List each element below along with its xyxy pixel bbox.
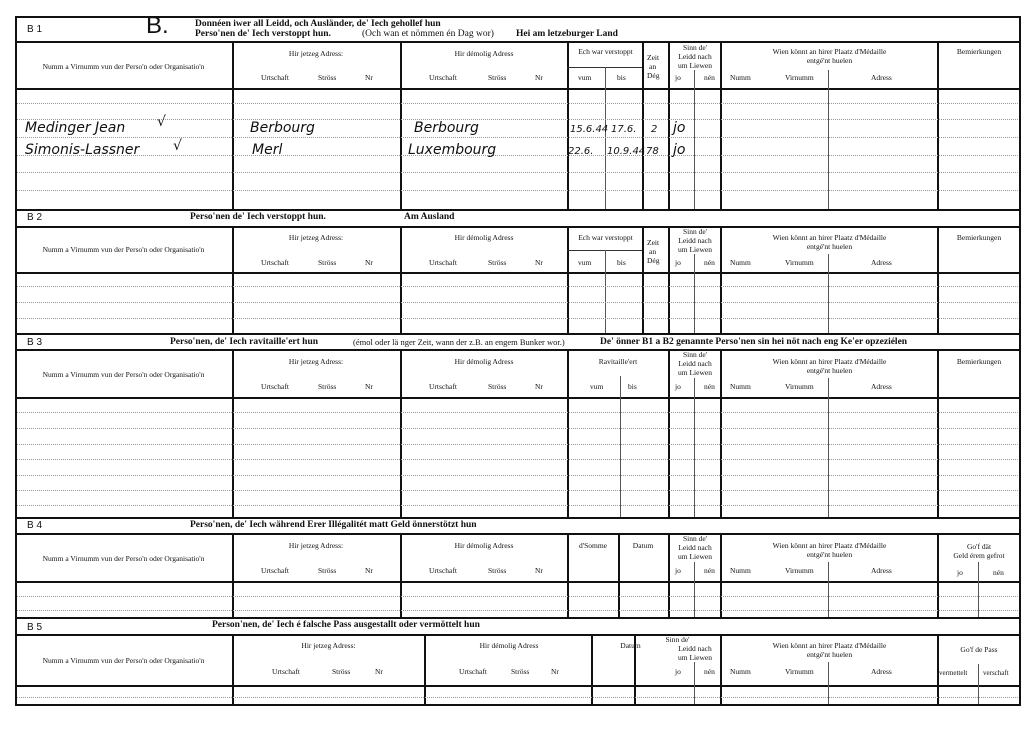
col-stross: Ströss [318,382,336,391]
divider [15,581,1020,583]
col-bemierkungen: Bemierkungen [938,357,1020,366]
col-numm: Numm [730,258,751,267]
col-date-header: Datum [618,541,668,550]
entry-former-town: Luxembourg [408,142,496,158]
entry-former-town: Berbourg [414,120,479,136]
col-vermettelt: vermettelt [939,669,967,678]
col-current-address-header: Hir jetzeg Adress: [232,641,425,650]
section-title-instruction: De' önner B1 a B2 genannte Perso'nen sin… [600,337,907,347]
section-divider [15,209,1020,211]
col-stross: Ströss [488,566,506,575]
col-urtschaft: Urtschaft [429,382,457,391]
col-stross: Ströss [332,667,350,676]
col-divider [668,226,670,333]
col-divider [591,634,593,704]
col-sinn: Leidd nach [669,359,721,368]
col-medal: Wien könnt an hirer Plaatz d'Médaille [721,541,938,550]
frame-bottom [15,704,1020,706]
col-adress: Adress [871,382,892,391]
col-verschaft: verschaft [983,669,1009,678]
col-divider [605,67,606,209]
col-divider [642,226,644,333]
entry-name: Simonis-Lassner [25,142,139,158]
section-title-region: Am Ausland [404,212,454,222]
col-former-address-header: Hir démolig Adress [400,541,568,550]
entry-survived: jo [673,142,685,158]
col-urtschaft: Urtschaft [429,73,457,82]
section-title-note: (émol oder lä nger Zeit, wann der z.B. a… [353,337,565,347]
col-current-address-header: Hir jetzeg Adress: [232,233,400,242]
row-line [17,610,1018,611]
section-code: B 1 [27,24,42,35]
section-title: Perso'nen, de' Iech ravitaille'ert hun [170,337,318,347]
col-divider [937,634,939,704]
col-nr: Nr [365,566,373,575]
col-sinn: um Liewen [669,245,721,254]
col-bemierkungen: Bemierkungen [938,47,1020,56]
col-current-address-header: Hir jetzeg Adress: [232,357,400,366]
col-jo: jo [675,667,681,676]
entry-name: Medinger Jean [25,120,125,136]
row-line [17,302,1018,303]
col-sinn: um Liewen [669,653,721,662]
col-former-address-header: Hir démolig Adress [400,357,568,366]
col-sinn: Sinn de' [669,534,721,543]
col-virnumm: Virnumm [785,667,814,676]
col-divider [567,349,569,517]
col-supplied-header: Ravitaille'ert [568,357,668,366]
row-line [17,475,1018,476]
col-virnumm: Virnumm [785,258,814,267]
col-name-header: Numm a Virnumm vun der Perso'n oder Orga… [15,656,232,665]
col-divider [400,226,402,333]
col-nr: Nr [365,258,373,267]
col-nen: nén [704,667,715,676]
divider [15,41,1020,43]
col-zeit: an [649,62,656,71]
col-sinn: Leidd nach [669,543,721,552]
section-title-note: (Och wan et nömmen én Dag wor) [362,29,494,39]
col-name-header: Numm a Virnumm vun der Perso'n oder Orga… [15,245,232,254]
col-jo: jo [675,73,681,82]
col-stross: Ströss [488,382,506,391]
col-nr: Nr [535,258,543,267]
col-divider [567,533,569,617]
col-divider [694,562,695,617]
col-sinn: Leidd nach [669,644,721,653]
entry-to: 17.6. [611,124,636,135]
row-line [17,103,1018,104]
divider [15,88,1020,90]
col-name-header: Numm a Virnumm vun der Perso'n oder Orga… [15,62,232,71]
col-divider [720,349,722,517]
col-divider [232,533,234,617]
col-zeit: Dég [647,71,660,80]
section-divider [15,617,1020,619]
col-divider [400,349,402,517]
col-virnumm: Virnumm [785,73,814,82]
col-divider [620,376,621,517]
col-vum: vum [590,382,603,391]
col-divider [400,533,402,617]
col-sinn: um Liewen [669,61,721,70]
col-divider [642,41,644,209]
col-vum: vum [578,73,591,82]
col-sum-header: d'Somme [568,541,618,550]
row-line [17,505,1018,506]
col-divider [232,634,234,704]
col-zeit: Zeit [647,53,659,62]
col-zeit: Zeit [647,238,659,247]
col-divider [937,533,939,617]
col-sinn: um Liewen [669,368,721,377]
col-hidden-header: Ech war verstoppt [568,233,643,242]
col-numm: Numm [730,566,751,575]
col-divider [400,41,402,209]
col-divider [232,226,234,333]
col-nr: Nr [535,382,543,391]
col-divider [978,664,979,704]
col-medal: entgé'nt huelen [721,242,938,251]
col-nen: nén [704,73,715,82]
entry-from: 15.6.44 [570,124,608,135]
col-zeit: an [649,247,656,256]
col-stross: Ströss [488,73,506,82]
col-divider [634,634,636,704]
divider [15,272,1020,274]
row-line [17,190,1018,191]
col-divider [424,634,426,704]
row-line [17,490,1018,491]
entry-days: 78 [646,146,659,157]
col-pass-header: Go'f de Pass [938,645,1020,654]
col-name-header: Numm a Virnumm vun der Perso'n oder Orga… [15,370,232,379]
divider [15,685,1020,687]
section-divider [15,333,1020,335]
entry-current-town: Merl [252,142,282,158]
col-urtschaft: Urtschaft [261,382,289,391]
col-numm: Numm [730,667,751,676]
col-medal: Wien könnt an hirer Plaatz d'Médaille [721,641,938,650]
col-sinn: Sinn de' [634,635,721,644]
entry-from: 22.6. [568,146,593,157]
col-divider [720,226,722,333]
section-title-line1: Donnéen iwer all Leidd, och Ausländer, d… [195,19,441,29]
row-line [17,697,1018,698]
col-divider [720,41,722,209]
col-nr: Nr [551,667,559,676]
col-name-header: Numm a Virnumm vun der Perso'n oder Orga… [15,554,232,563]
col-nen: nén [993,568,1004,577]
col-divider [828,562,829,617]
row-line [17,459,1018,460]
divider [15,226,1020,228]
row-line [17,444,1018,445]
col-medal: Wien könnt an hirer Plaatz d'Médaille [721,47,938,56]
col-urtschaft: Urtschaft [429,566,457,575]
col-adress: Adress [871,566,892,575]
check-mark-icon: √ [173,138,182,154]
row-line [17,596,1018,597]
col-medal: entgé'nt huelen [721,366,938,375]
divider [15,634,1020,636]
col-divider [668,533,670,617]
col-vum: vum [578,258,591,267]
col-nr: Nr [535,566,543,575]
col-divider [828,378,829,517]
section-code: B 4 [27,520,42,531]
col-medal: Wien könnt an hirer Plaatz d'Médaille [721,233,938,242]
col-medal: entgé'nt huelen [721,650,938,659]
section-title-line2: Perso'nen de' Iech verstoppt hun. [195,29,331,39]
col-stross: Ströss [511,667,529,676]
col-medal: entgé'nt huelen [721,550,938,559]
col-nen: nén [704,258,715,267]
col-sinn: Leidd nach [669,236,721,245]
col-bis: bis [628,382,637,391]
col-former-address-header: Hir démolig Adress [425,641,593,650]
col-jo: jo [675,258,681,267]
col-sinn: Sinn de' [669,350,721,359]
col-stross: Ströss [318,73,336,82]
section-code: B 3 [27,337,42,348]
col-divider [694,254,695,333]
row-line [17,155,1018,156]
col-stross: Ströss [488,258,506,267]
col-divider [605,250,606,333]
col-adress: Adress [871,258,892,267]
col-nr: Nr [365,382,373,391]
col-divider [937,226,939,333]
col-stross: Ströss [318,258,336,267]
col-adress: Adress [871,73,892,82]
col-divider [694,378,695,517]
col-sinn: Sinn de' [669,227,721,236]
col-divider [720,533,722,617]
col-urtschaft: Urtschaft [261,566,289,575]
col-virnumm: Virnumm [785,566,814,575]
col-jo: jo [957,568,963,577]
col-stross: Ströss [318,566,336,575]
col-medal: Wien könnt an hirer Plaatz d'Médaille [721,357,938,366]
col-former-address-header: Hir démolig Adress [400,233,568,242]
entry-survived: jo [673,120,685,136]
row-line [17,119,1018,120]
col-money-returned: Go'f dät [938,542,1020,551]
col-jo: jo [675,566,681,575]
col-divider [668,41,670,209]
divider [15,397,1020,399]
section-title: Person'nen, de' Iech é falsche Pass ausg… [212,620,480,630]
divider [15,533,1020,535]
row-line [17,137,1018,138]
col-divider [720,634,722,704]
col-nen: nén [704,566,715,575]
col-urtschaft: Urtschaft [272,667,300,676]
col-numm: Numm [730,382,751,391]
col-nr: Nr [535,73,543,82]
col-urtschaft: Urtschaft [429,258,457,267]
row-line [17,286,1018,287]
section-divider [15,517,1020,519]
check-mark-icon: √ [157,114,166,130]
col-numm: Numm [730,73,751,82]
section-code: B 5 [27,622,42,633]
section-title: Perso'nen, de' Iech während Erer Illégal… [190,520,477,530]
col-jo: jo [675,382,681,391]
col-urtschaft: Urtschaft [459,667,487,676]
col-divider [978,562,979,617]
col-divider [828,70,829,209]
col-divider [937,349,939,517]
col-divider [668,349,670,517]
section-title: Perso'nen de' Iech verstoppt hun. [190,212,326,222]
col-sinn: Sinn de' [669,43,721,52]
row-line [17,412,1018,413]
col-bis: bis [617,258,626,267]
section-code: B 2 [27,212,42,223]
entry-days: 2 [651,124,657,135]
col-current-address-header: Hir jetzeg Adress: [232,541,400,550]
col-divider [232,41,234,209]
col-current-address-header: Hir jetzeg Adress: [232,49,400,58]
col-money-returned: Geld érem gefrot [938,551,1020,560]
col-zeit: Dég [647,256,660,265]
section-title-region: Hei am letzeburger Land [516,29,618,39]
col-hidden-header: Ech war verstoppt [568,47,643,56]
col-divider [232,349,234,517]
col-divider [618,533,620,617]
col-urtschaft: Urtschaft [261,258,289,267]
form-letter: B. [146,12,169,40]
col-bis: bis [617,73,626,82]
entry-current-town: Berbourg [250,120,315,136]
col-nr: Nr [375,667,383,676]
col-bemierkungen: Bemierkungen [938,233,1020,242]
row-line [17,172,1018,173]
col-nen: nén [704,382,715,391]
col-sinn: Leidd nach [669,52,721,61]
col-divider [567,226,569,333]
col-former-address-header: Hir démolig Adress [400,49,568,58]
col-sinn: um Liewen [669,552,721,561]
col-nr: Nr [365,73,373,82]
entry-to: 10.9.44 [607,146,645,157]
col-medal: entgé'nt huelen [721,56,938,65]
col-divider [937,41,939,209]
divider [15,349,1020,351]
col-divider [694,70,695,209]
row-line [17,318,1018,319]
col-divider [828,254,829,333]
col-adress: Adress [871,667,892,676]
col-virnumm: Virnumm [785,382,814,391]
col-urtschaft: Urtschaft [261,73,289,82]
row-line [17,428,1018,429]
